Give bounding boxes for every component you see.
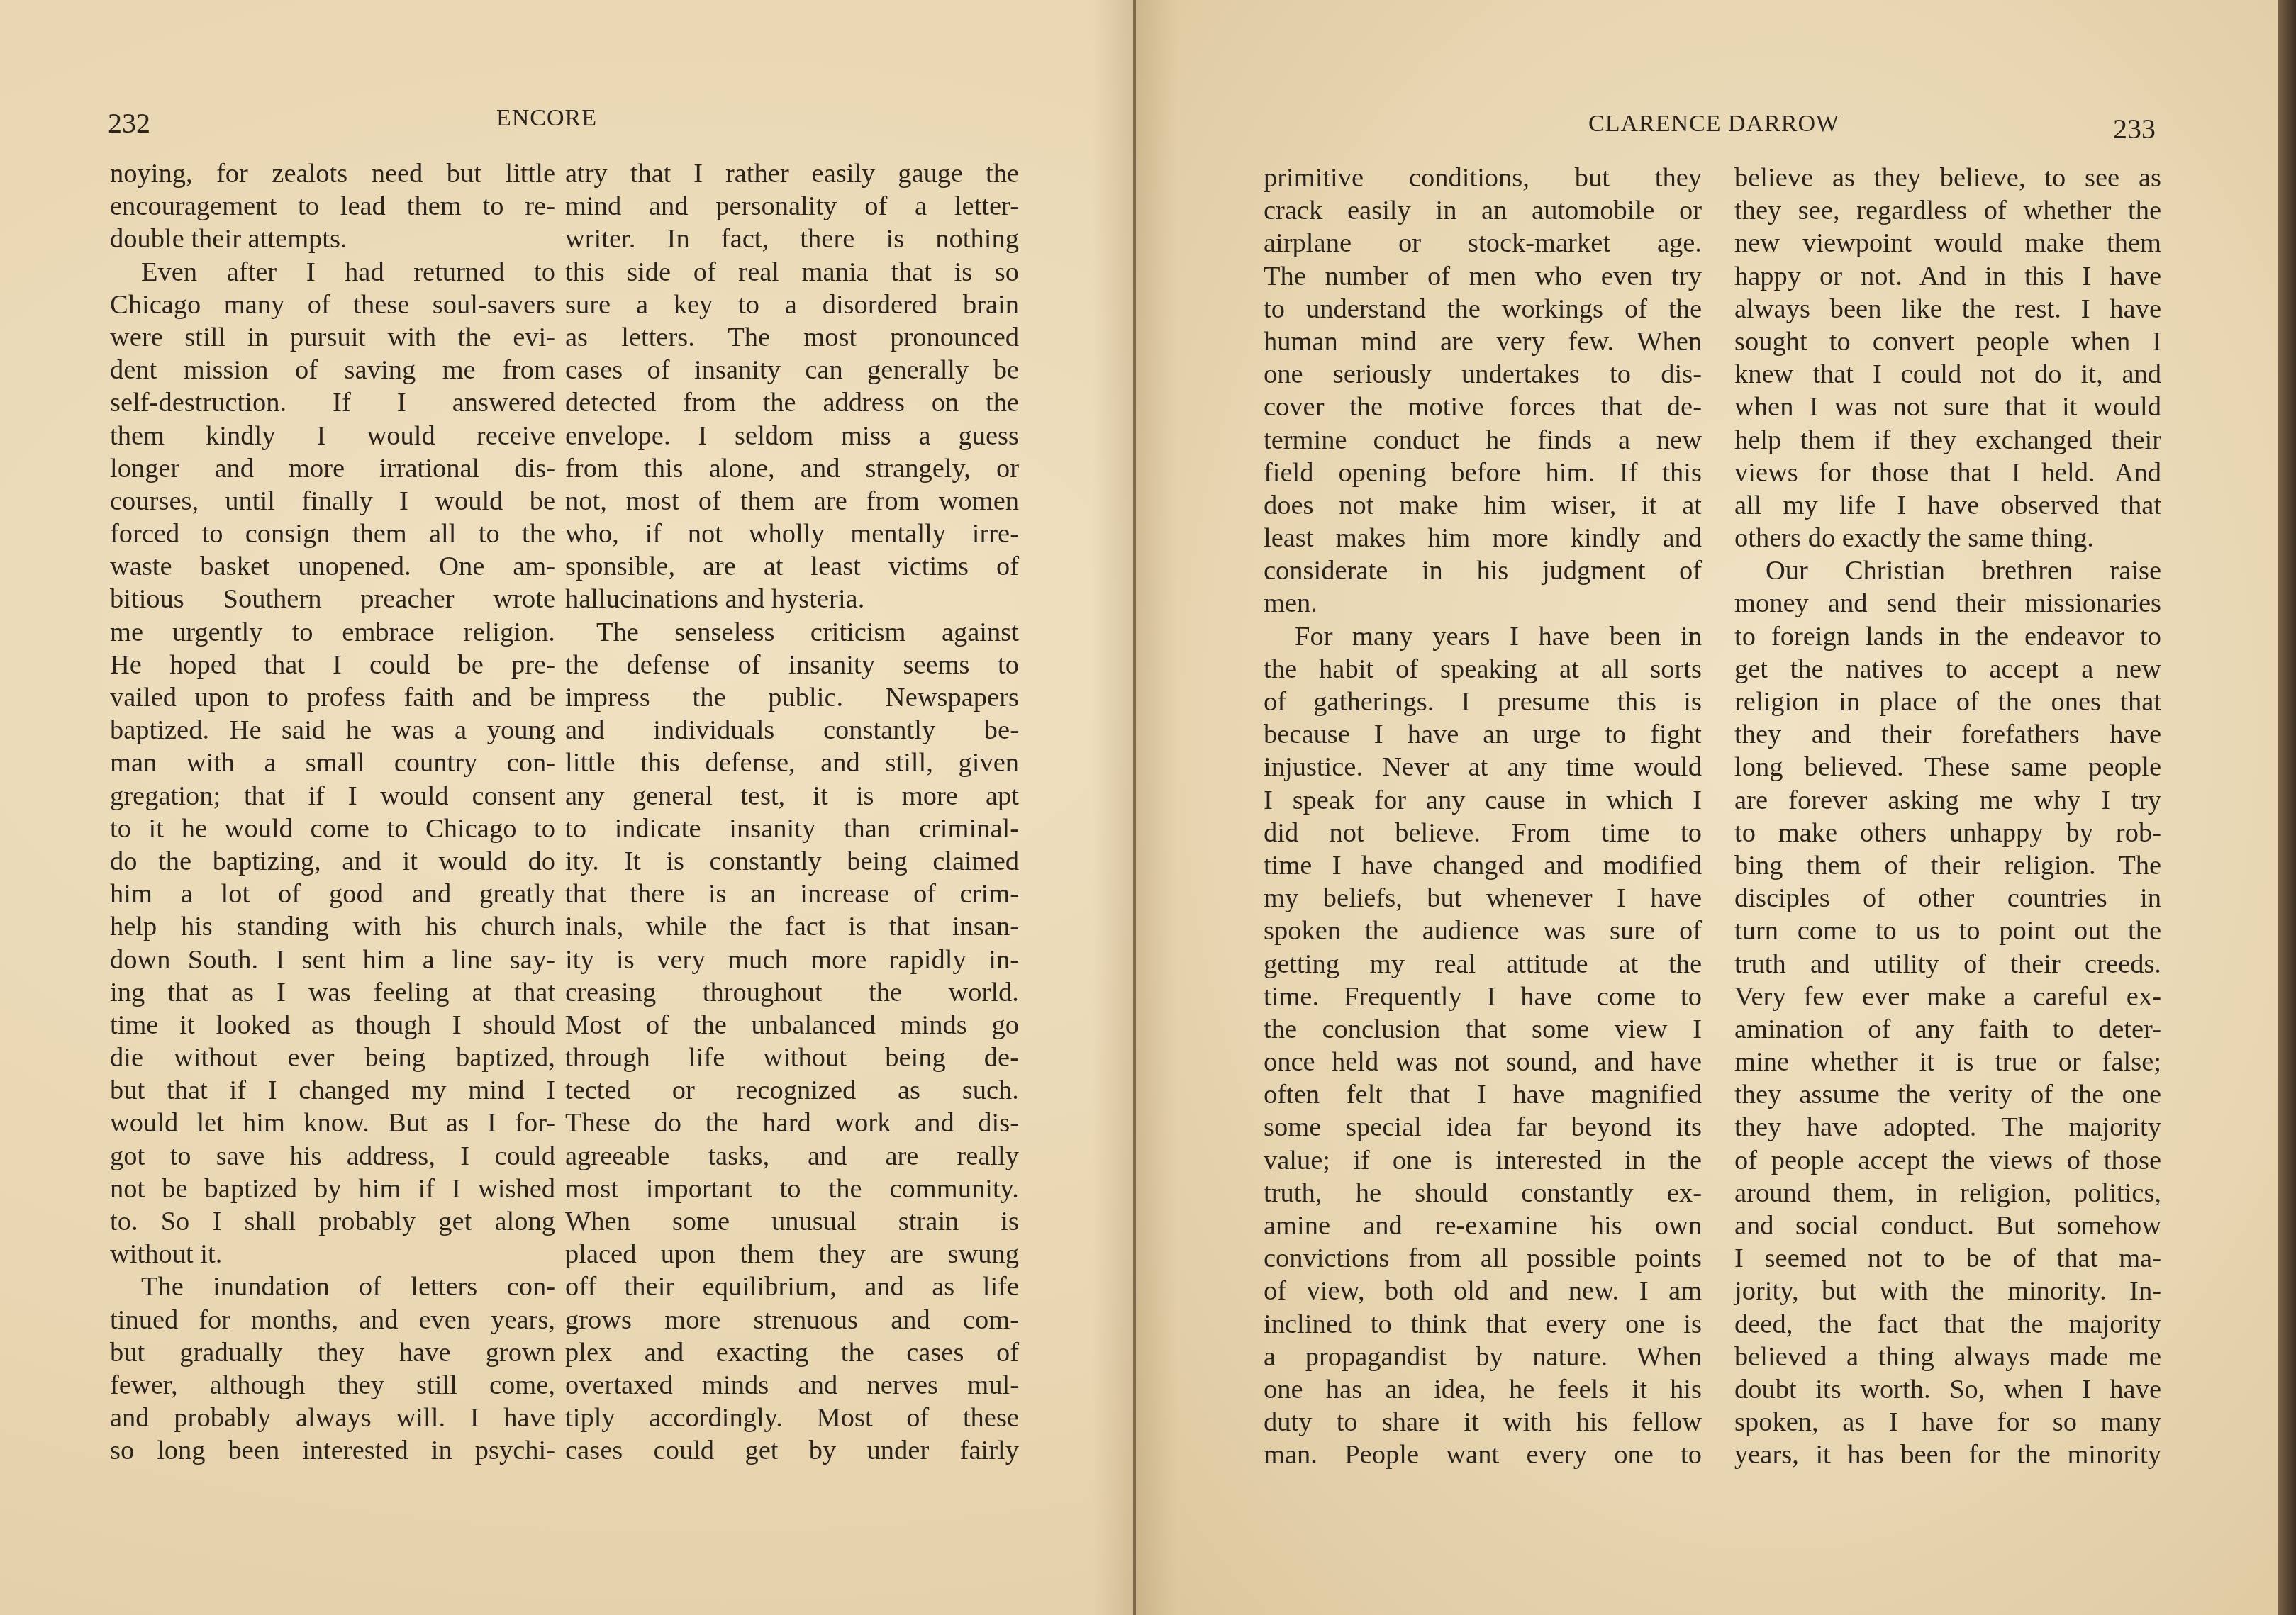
text-line: years, it has been for the minority xyxy=(1734,1438,2161,1471)
text-line: not, most of them are from women xyxy=(565,485,1019,518)
text-line: bing them of their religion. The xyxy=(1734,849,2161,882)
text-line: mind and personality of a letter- xyxy=(565,190,1019,223)
page-edge xyxy=(2278,0,2296,1615)
text-line: do the baptizing, and it would do xyxy=(110,845,555,878)
text-line: so long been interested in psychi- xyxy=(110,1434,555,1467)
text-line: were still in pursuit with the evi- xyxy=(110,321,555,354)
text-line: knew that I could not do it, and xyxy=(1734,358,2161,391)
text-line: amine and re-examine his own xyxy=(1264,1209,1702,1242)
text-line: waste basket unopened. One am- xyxy=(110,550,555,583)
text-line: but that if I changed my mind I xyxy=(110,1074,555,1107)
text-line: writer. In fact, there is nothing xyxy=(565,223,1019,255)
text-line: new viewpoint would make them xyxy=(1734,227,2161,259)
text-line: who, if not wholly mentally irre- xyxy=(565,518,1019,550)
text-line: courses, until finally I would be xyxy=(110,485,555,518)
text-line: help them if they exchanged their xyxy=(1734,424,2161,457)
text-line: once held was not sound, and have xyxy=(1264,1046,1702,1078)
text-line: Chicago many of these soul-savers xyxy=(110,289,555,321)
text-line: to make others unhappy by rob- xyxy=(1734,817,2161,849)
text-line: die without ever being baptized, xyxy=(110,1041,555,1074)
text-line: considerate in his judgment of xyxy=(1264,554,1702,587)
text-line: believe as they believe, to see as xyxy=(1734,162,2161,194)
text-line: envelope. I seldom miss a guess xyxy=(565,420,1019,452)
text-line: of gatherings. I presume this is xyxy=(1264,686,1702,718)
text-line: one seriously undertakes to dis- xyxy=(1264,358,1702,391)
text-line: gregation; that if I would consent xyxy=(110,780,555,812)
book-gutter xyxy=(1133,0,1136,1615)
text-line: human mind are very few. When xyxy=(1264,325,1702,358)
text-line: jority, but with the minority. In- xyxy=(1734,1275,2161,1307)
text-line: tected or recognized as such. xyxy=(565,1074,1019,1107)
page-number-right: 233 xyxy=(2113,112,2156,145)
text-line: others do exactly the same thing. xyxy=(1734,522,2161,554)
text-line: got to save his address, I could xyxy=(110,1140,555,1173)
text-line: sought to convert people when I xyxy=(1734,325,2161,358)
text-line: time it looked as though I should xyxy=(110,1009,555,1041)
text-line: are forever asking me why I try xyxy=(1734,784,2161,817)
text-line: and social conduct. But somehow xyxy=(1734,1209,2161,1242)
text-line: they see, regardless of whether the xyxy=(1734,194,2161,227)
text-line: dent mission of saving me from xyxy=(110,354,555,386)
text-line: Even after I had returned to xyxy=(110,256,555,289)
text-line: value; if one is interested in the xyxy=(1264,1144,1702,1177)
text-line: overtaxed minds and nerves mul- xyxy=(565,1369,1019,1402)
text-line: doubt its worth. So, when I have xyxy=(1734,1373,2161,1406)
text-line: often felt that I have magnified xyxy=(1264,1078,1702,1111)
text-line: some special idea far beyond its xyxy=(1264,1111,1702,1144)
text-line: The inundation of letters con- xyxy=(110,1270,555,1303)
text-line: Our Christian brethren raise xyxy=(1734,554,2161,587)
text-line: to foreign lands in the endeavor to xyxy=(1734,620,2161,653)
text-line: help his standing with his church xyxy=(110,910,555,943)
text-line: all my life I have observed that xyxy=(1734,489,2161,522)
left-page-column-2: atry that I rather easily gauge themind … xyxy=(565,157,1019,1468)
text-line: time I have changed and modified xyxy=(1264,849,1702,882)
text-line: religion in place of the ones that xyxy=(1734,686,2161,718)
text-line: him a lot of good and greatly xyxy=(110,878,555,910)
text-line: the defense of insanity seems to xyxy=(565,649,1019,681)
text-line: For many years I have been in xyxy=(1264,620,1702,653)
text-line: The senseless criticism against xyxy=(565,616,1019,649)
text-line: time. Frequently I have come to xyxy=(1264,980,1702,1013)
text-line: The number of men who even try xyxy=(1264,260,1702,293)
text-line: they and their forefathers have xyxy=(1734,718,2161,751)
text-line: and probably always will. I have xyxy=(110,1402,555,1434)
text-line: the conclusion that some view I xyxy=(1264,1013,1702,1046)
text-line: cover the motive forces that de- xyxy=(1264,391,1702,423)
text-line: cases of insanity can generally be xyxy=(565,354,1019,386)
text-line: cases could get by under fairly xyxy=(565,1434,1019,1467)
text-line: they have adopted. The majority xyxy=(1734,1111,2161,1144)
text-line: me urgently to embrace religion. xyxy=(110,616,555,649)
text-line: most important to the community. xyxy=(565,1173,1019,1205)
text-line: ing that as I was feeling at that xyxy=(110,976,555,1009)
running-head-left: ENCORE xyxy=(496,105,597,132)
text-line: sponsible, are at least victims of xyxy=(565,550,1019,583)
text-line: when I was not sure that it would xyxy=(1734,391,2161,423)
text-line: always been like the rest. I have xyxy=(1734,293,2161,325)
text-line: truth and utility of their creeds. xyxy=(1734,948,2161,980)
text-line: inclined to think that every one is xyxy=(1264,1308,1702,1341)
text-line: turn come to us to point out the xyxy=(1734,915,2161,947)
text-line: without it. xyxy=(110,1238,555,1270)
text-line: believed a thing always made me xyxy=(1734,1341,2161,1373)
text-line: around them, in religion, politics, xyxy=(1734,1177,2161,1209)
text-line: bitious Southern preacher wrote xyxy=(110,583,555,615)
right-page-column-2: believe as they believe, to see asthey s… xyxy=(1734,162,2161,1472)
text-line: mine whether it is true or false; xyxy=(1734,1046,2161,1078)
text-line: one has an idea, he feels it his xyxy=(1264,1373,1702,1406)
text-line: plex and exacting the cases of xyxy=(565,1336,1019,1369)
text-line: noying, for zealots need but little xyxy=(110,157,555,190)
text-line: does not make him wiser, it at xyxy=(1264,489,1702,522)
text-line: because I have an urge to fight xyxy=(1264,718,1702,751)
running-head-right: CLARENCE DARROW xyxy=(1588,111,1839,138)
text-line: impress the public. Newspapers xyxy=(565,681,1019,714)
text-line: tiply accordingly. Most of these xyxy=(565,1402,1019,1434)
text-line: I speak for any cause in which I xyxy=(1264,784,1702,817)
text-line: this side of real mania that is so xyxy=(565,256,1019,289)
text-line: ity. It is constantly being claimed xyxy=(565,845,1019,878)
text-line: I seemed not to be of that ma- xyxy=(1734,1242,2161,1275)
text-line: field opening before him. If this xyxy=(1264,457,1702,489)
text-line: that there is an increase of crim- xyxy=(565,878,1019,910)
text-line: my beliefs, but whenever I have xyxy=(1264,882,1702,915)
text-line: crack easily in an automobile or xyxy=(1264,194,1702,227)
text-line: from this alone, and strangely, or xyxy=(565,452,1019,485)
text-line: baptized. He said he was a young xyxy=(110,714,555,747)
text-line: vailed upon to profess faith and be xyxy=(110,681,555,714)
text-line: men. xyxy=(1264,587,1702,620)
text-line: placed upon them they are swung xyxy=(565,1238,1019,1270)
text-line: Very few ever make a careful ex- xyxy=(1734,980,2161,1013)
text-line: ity is very much more rapidly in- xyxy=(565,944,1019,976)
text-line: inals, while the fact is that insan- xyxy=(565,910,1019,943)
text-line: double their attempts. xyxy=(110,223,555,255)
text-line: spoken the audience was sure of xyxy=(1264,915,1702,947)
text-line: getting my real attitude at the xyxy=(1264,948,1702,980)
text-line: off their equilibrium, and as life xyxy=(565,1270,1019,1303)
text-line: them kindly I would receive xyxy=(110,420,555,452)
text-line: hallucinations and hysteria. xyxy=(565,583,1019,615)
left-page-column-1: noying, for zealots need but littleencou… xyxy=(110,157,555,1468)
text-line: termine conduct he finds a new xyxy=(1264,424,1702,457)
text-line: agreeable tasks, and are really xyxy=(565,1140,1019,1173)
text-line: not be baptized by him if I wished xyxy=(110,1173,555,1205)
text-line: little this defense, and still, given xyxy=(565,747,1019,779)
text-line: of view, both old and new. I am xyxy=(1264,1275,1702,1307)
text-line: airplane or stock-market age. xyxy=(1264,227,1702,259)
text-line: encouragement to lead them to re- xyxy=(110,190,555,223)
text-line: primitive conditions, but they xyxy=(1264,162,1702,194)
text-line: long believed. These same people xyxy=(1734,751,2161,783)
text-line: but gradually they have grown xyxy=(110,1336,555,1369)
text-line: any general test, it is more apt xyxy=(565,780,1019,812)
text-line: least makes him more kindly and xyxy=(1264,522,1702,554)
text-line: man with a small country con- xyxy=(110,747,555,779)
text-line: truth, he should constantly ex- xyxy=(1264,1177,1702,1209)
text-line: When some unusual strain is xyxy=(565,1205,1019,1238)
text-line: money and send their missionaries xyxy=(1734,587,2161,620)
text-line: as letters. The most pronounced xyxy=(565,321,1019,354)
text-line: amination of any faith to deter- xyxy=(1734,1013,2161,1046)
text-line: to understand the workings of the xyxy=(1264,293,1702,325)
text-line: disciples of other countries in xyxy=(1734,882,2161,915)
text-line: a propagandist by nature. When xyxy=(1264,1341,1702,1373)
text-line: injustice. Never at any time would xyxy=(1264,751,1702,783)
right-page-column-1: primitive conditions, but theycrack easi… xyxy=(1264,162,1702,1472)
text-line: spoken, as I have for so many xyxy=(1734,1406,2161,1438)
text-line: down South. I sent him a line say- xyxy=(110,944,555,976)
text-line: would let him know. But as I for- xyxy=(110,1107,555,1139)
text-line: detected from the address on the xyxy=(565,386,1019,419)
text-line: convictions from all possible points xyxy=(1264,1242,1702,1275)
text-line: longer and more irrational dis- xyxy=(110,452,555,485)
text-line: tinued for months, and even years, xyxy=(110,1304,555,1336)
text-line: Most of the unbalanced minds go xyxy=(565,1009,1019,1041)
text-line: views for those that I held. And xyxy=(1734,457,2161,489)
text-line: to. So I shall probably get along xyxy=(110,1205,555,1238)
text-line: did not believe. From time to xyxy=(1264,817,1702,849)
text-line: they assume the verity of the one xyxy=(1734,1078,2161,1111)
text-line: fewer, although they still come, xyxy=(110,1369,555,1402)
text-line: duty to share it with his fellow xyxy=(1264,1406,1702,1438)
text-line: to it he would come to Chicago to xyxy=(110,812,555,845)
text-line: creasing throughout the world. xyxy=(565,976,1019,1009)
text-line: These do the hard work and dis- xyxy=(565,1107,1019,1139)
text-line: of people accept the views of those xyxy=(1734,1144,2161,1177)
text-line: He hoped that I could be pre- xyxy=(110,649,555,681)
text-line: to indicate insanity than criminal- xyxy=(565,812,1019,845)
text-line: happy or not. And in this I have xyxy=(1734,260,2161,293)
text-line: sure a key to a disordered brain xyxy=(565,289,1019,321)
text-line: man. People want every one to xyxy=(1264,1438,1702,1471)
text-line: get the natives to accept a new xyxy=(1734,653,2161,686)
text-line: the habit of speaking at all sorts xyxy=(1264,653,1702,686)
text-line: and individuals constantly be- xyxy=(565,714,1019,747)
text-line: self-destruction. If I answered xyxy=(110,386,555,419)
text-line: through life without being de- xyxy=(565,1041,1019,1074)
text-line: forced to consign them all to the xyxy=(110,518,555,550)
text-line: deed, the fact that the majority xyxy=(1734,1308,2161,1341)
text-line: atry that I rather easily gauge the xyxy=(565,157,1019,190)
text-line: grows more strenuous and com- xyxy=(565,1304,1019,1336)
page-number-left: 232 xyxy=(108,106,150,140)
